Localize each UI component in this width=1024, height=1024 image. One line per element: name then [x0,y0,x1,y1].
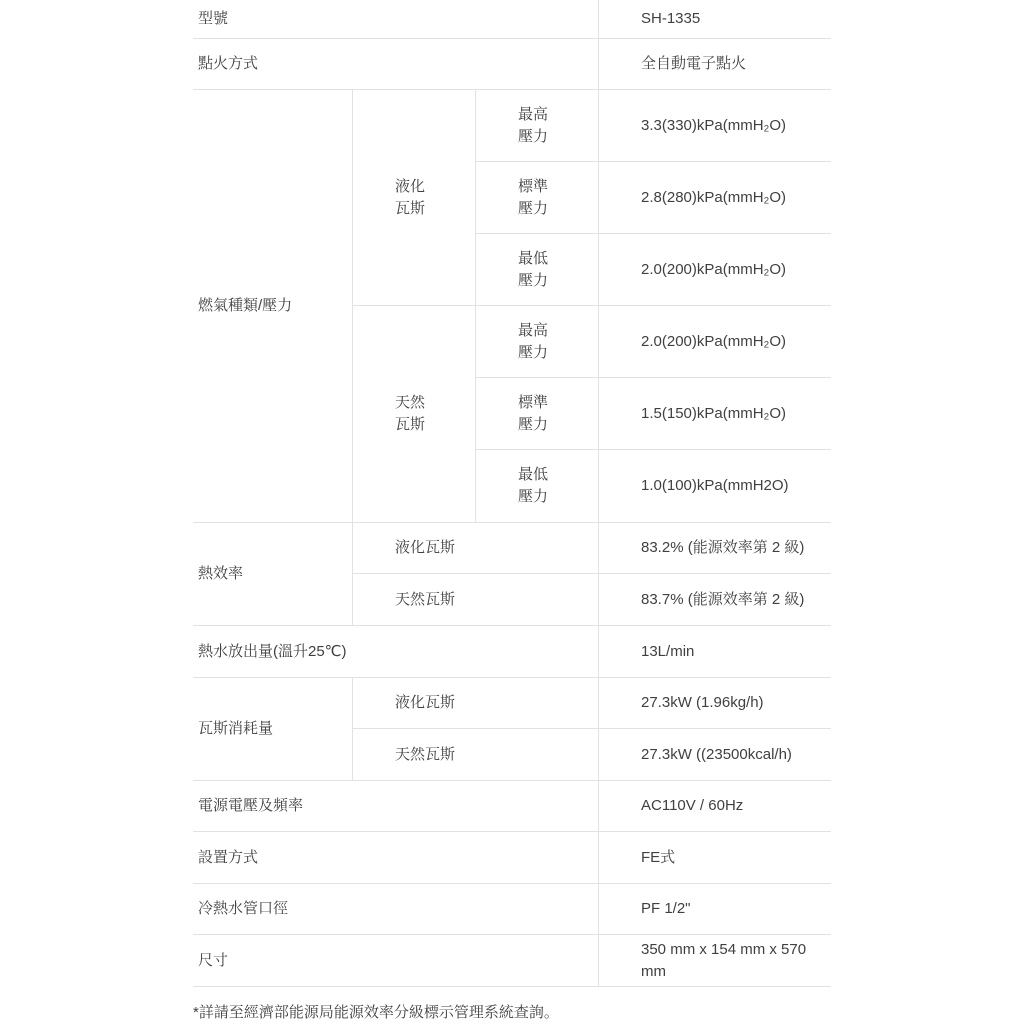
spec-label-gas-type-pressure: 燃氣種類/壓力 [193,90,352,523]
spec-pressure-level-ng-max: 最高 壓力 [475,306,598,378]
spec-label-hot-water-output: 熱水放出量(溫升25℃) [193,626,598,678]
spec-efficiency-ng-label: 天然瓦斯 [352,574,598,626]
spec-efficiency-lpg-label: 液化瓦斯 [352,523,598,574]
energy-efficiency-footnote: *詳請至經濟部能源局能源效率分級標示管理系統查詢。 [193,1001,559,1022]
spec-label-dimensions: 尺寸 [193,935,598,987]
spec-consumption-ng-value: 27.3kW ((23500kcal/h) [598,729,831,781]
product-spec-table: 型號 SH-1335 點火方式 全自動電子點火 燃氣種類/壓力 液化 瓦斯 最高… [193,0,831,987]
spec-label-power: 電源電壓及頻率 [193,781,598,832]
spec-value-pipe-diameter: PF 1/2" [598,884,831,935]
spec-value-model: SH-1335 [598,0,831,39]
spec-pressure-value-lpg-max: 3.3(330)kPa(mmH₂O) [598,90,831,162]
spec-label-ignition: 點火方式 [193,39,598,90]
spec-pressure-value-ng-min: 1.0(100)kPa(mmH2O) [598,450,831,523]
spec-value-installation: FE式 [598,832,831,884]
spec-value-ignition: 全自動電子點火 [598,39,831,90]
spec-pressure-level-lpg-min: 最低 壓力 [475,234,598,306]
spec-label-model: 型號 [193,0,598,39]
spec-consumption-lpg-value: 27.3kW (1.96kg/h) [598,678,831,729]
spec-efficiency-lpg-value: 83.2% (能源效率第 2 級) [598,523,831,574]
spec-sublabel-natural-gas: 天然 瓦斯 [352,306,475,523]
spec-consumption-lpg-label: 液化瓦斯 [352,678,598,729]
spec-pressure-value-lpg-min: 2.0(200)kPa(mmH₂O) [598,234,831,306]
spec-pressure-value-lpg-standard: 2.8(280)kPa(mmH₂O) [598,162,831,234]
spec-pressure-value-ng-max: 2.0(200)kPa(mmH₂O) [598,306,831,378]
spec-label-installation: 設置方式 [193,832,598,884]
spec-pressure-level-lpg-max: 最高 壓力 [475,90,598,162]
spec-pressure-level-ng-min: 最低 壓力 [475,450,598,523]
spec-value-dimensions: 350 mm x 154 mm x 570 mm [598,935,831,987]
spec-value-power: AC110V / 60Hz [598,781,831,832]
spec-label-thermal-efficiency: 熱效率 [193,523,352,626]
spec-pressure-value-ng-standard: 1.5(150)kPa(mmH₂O) [598,378,831,450]
spec-consumption-ng-label: 天然瓦斯 [352,729,598,781]
spec-efficiency-ng-value: 83.7% (能源效率第 2 級) [598,574,831,626]
spec-sublabel-lpg: 液化 瓦斯 [352,90,475,306]
spec-label-pipe-diameter: 冷熱水管口徑 [193,884,598,935]
spec-pressure-level-ng-standard: 標準 壓力 [475,378,598,450]
spec-value-hot-water-output: 13L/min [598,626,831,678]
spec-label-gas-consumption: 瓦斯消耗量 [193,678,352,781]
spec-pressure-level-lpg-standard: 標準 壓力 [475,162,598,234]
